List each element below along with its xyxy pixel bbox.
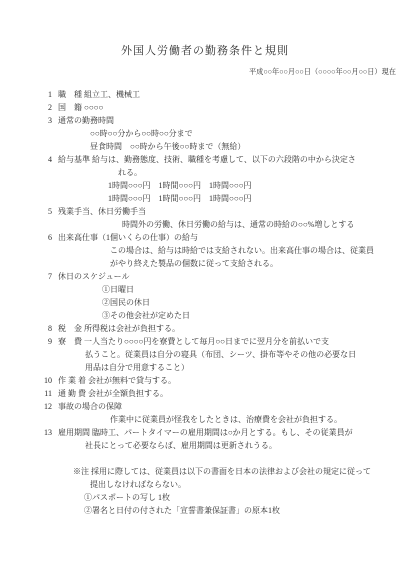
doc-sub-line: 昼食時間 ○○時から午後○○時まで（無給）: [0, 140, 410, 153]
line-text: 通常の勤務時間: [58, 116, 114, 125]
line-text: 休日のスケジュール: [58, 272, 130, 281]
doc-item-line: 8税 金 所得税は会社が負担する。: [0, 322, 410, 335]
doc-sub-line: ②国民の休日: [0, 296, 410, 309]
line-text: 社長にとって必要ならば、雇用期間は更新されうる。: [85, 441, 277, 450]
line-text: 用品は自分で用意すること）: [85, 363, 189, 372]
document-page: 外国人労働者の勤務条件と規則 平成○○年○○月○○日（○○○○年○○月○○日）現…: [0, 0, 410, 580]
doc-sub-line: 作業中に従業員が怪我をしたときは、治療費を会社が負担する。: [0, 413, 410, 426]
doc-sub-line: 社長にとって必要ならば、雇用期間は更新されうる。: [0, 439, 410, 452]
line-text: 国 籍 ○○○○: [58, 103, 103, 112]
item-number: 3: [38, 114, 52, 127]
item-number: 7: [38, 270, 52, 283]
line-text: れる。: [118, 168, 142, 177]
line-text: ①パスポートの写し 1枚: [84, 493, 170, 502]
line-text: 払うこと。従業員は自分の寝具（布団、シーツ、掛布等やその他の必要な日: [85, 350, 356, 359]
doc-sub-line: 払うこと。従業員は自分の寝具（布団、シーツ、掛布等やその他の必要な日: [0, 348, 410, 361]
item-number: 6: [38, 231, 52, 244]
line-text: この場合は、給与は時給では支給されない。出来高仕事の場合は、従業員: [110, 246, 374, 255]
doc-sub-line: がやり終えた製品の個数に従って支給される。: [0, 257, 410, 270]
doc-sub-line: ①パスポートの写し 1枚: [0, 491, 410, 504]
line-text: 寮 費 一人当たり○○○○円を寮費として毎月○○日までに翌月分を前払いで支: [58, 337, 329, 346]
doc-item-line: 10作 業 着 会社が無料で貸与する。: [0, 374, 410, 387]
line-text: 作 業 着 会社が無料で貸与する。: [58, 376, 176, 385]
doc-item-line: 13雇用期間 臨時工、パートタイマーの雇用期間は○か月とする。もし、その従業員が: [0, 426, 410, 439]
line-text: 通 勤 費 会社が全額負担する。: [58, 389, 168, 398]
line-text: 職 種 組立工、機械工: [58, 90, 140, 99]
item-number: 2: [38, 101, 52, 114]
doc-sub-line: れる。: [0, 166, 410, 179]
doc-sub-line: ②署名と日付の付された「宣誓書兼保証書」の原本1枚: [0, 504, 410, 517]
line-text: 昼食時間 ○○時から午後○○時まで（無給）: [90, 142, 245, 151]
line-text: ①日曜日: [102, 285, 134, 294]
line-text: 作業中に従業員が怪我をしたときは、治療費を会社が負担する。: [110, 415, 342, 424]
line-text: 出来高仕事（1個いくらの仕事）の給与: [58, 233, 198, 242]
doc-sub-line: ※注 採用に際しては、従業員は以下の書面を日本の法律および会社の規定に従って: [0, 465, 410, 478]
item-number: 12: [38, 400, 52, 413]
line-text: 時間外の労働、休日労働の給与は、通常の時給の○○%増しとする: [122, 220, 354, 229]
doc-item-line: 4給与基準 給与は、勤務態度、技術、職種を考慮して、以下の六段階の中から決定さ: [0, 153, 410, 166]
item-number: 10: [38, 374, 52, 387]
line-text: ○○時○○分から○○時○○分まで: [90, 129, 193, 138]
doc-sub-line: ○○時○○分から○○時○○分まで: [0, 127, 410, 140]
line-text: ③その他会社が定めた日: [102, 311, 190, 320]
item-number: 8: [38, 322, 52, 335]
line-text: 雇用期間 臨時工、パートタイマーの雇用期間は○か月とする。もし、その従業員が: [58, 428, 353, 437]
doc-sub-line: 1時間○○○円 1時間○○○円 1時間○○○円: [0, 179, 410, 192]
item-number: 1: [38, 88, 52, 101]
doc-item-line: 6出来高仕事（1個いくらの仕事）の給与: [0, 231, 410, 244]
line-text: ②国民の休日: [102, 298, 150, 307]
document-title: 外国人労働者の勤務条件と規則: [0, 0, 410, 58]
doc-sub-line: 用品は自分で用意すること）: [0, 361, 410, 374]
line-text: ※注 採用に際しては、従業員は以下の書面を日本の法律および会社の規定に従って: [73, 467, 371, 476]
doc-item-line: 12事故の場合の保障: [0, 400, 410, 413]
doc-item-line: 3通常の勤務時間: [0, 114, 410, 127]
doc-item-line: 1職 種 組立工、機械工: [0, 88, 410, 101]
doc-sub-line: ①日曜日: [0, 283, 410, 296]
item-number: 5: [38, 205, 52, 218]
document-date: 平成○○年○○月○○日（○○○○年○○月○○日）現在: [0, 67, 410, 77]
line-text: 提出しなければならない。: [90, 480, 186, 489]
item-number: 11: [38, 387, 52, 400]
doc-sub-line: 1時間○○○円 1時間○○○円 1時間○○○円: [0, 192, 410, 205]
doc-item-line: 2国 籍 ○○○○: [0, 101, 410, 114]
line-text: がやり終えた製品の個数に従って支給される。: [110, 259, 278, 268]
item-number: 9: [38, 335, 52, 348]
doc-sub-line: 提出しなければならない。: [0, 478, 410, 491]
line-text: ②署名と日付の付された「宣誓書兼保証書」の原本1枚: [84, 506, 280, 515]
line-text: 1時間○○○円 1時間○○○円 1時間○○○円: [108, 181, 252, 190]
spacer-line: [0, 452, 410, 465]
line-text: 税 金 所得税は会社が負担する。: [58, 324, 180, 333]
doc-sub-line: ③その他会社が定めた日: [0, 309, 410, 322]
doc-sub-line: 時間外の労働、休日労働の給与は、通常の時給の○○%増しとする: [0, 218, 410, 231]
doc-item-line: 9寮 費 一人当たり○○○○円を寮費として毎月○○日までに翌月分を前払いで支: [0, 335, 410, 348]
doc-sub-line: この場合は、給与は時給では支給されない。出来高仕事の場合は、従業員: [0, 244, 410, 257]
doc-item-line: 11通 勤 費 会社が全額負担する。: [0, 387, 410, 400]
item-number: 4: [38, 153, 52, 166]
line-text: 残業手当、休日労働手当: [58, 207, 146, 216]
line-text: 事故の場合の保障: [58, 402, 122, 411]
item-number: 13: [38, 426, 52, 439]
doc-item-line: 7休日のスケジュール: [0, 270, 410, 283]
line-text: 1時間○○○円 1時間○○○円 1時間○○○円: [108, 194, 252, 203]
doc-item-line: 5残業手当、休日労働手当: [0, 205, 410, 218]
line-text: 給与基準 給与は、勤務態度、技術、職種を考慮して、以下の六段階の中から決定さ: [58, 155, 356, 164]
document-lines: 1職 種 組立工、機械工2国 籍 ○○○○3通常の勤務時間○○時○○分から○○時…: [0, 88, 410, 517]
